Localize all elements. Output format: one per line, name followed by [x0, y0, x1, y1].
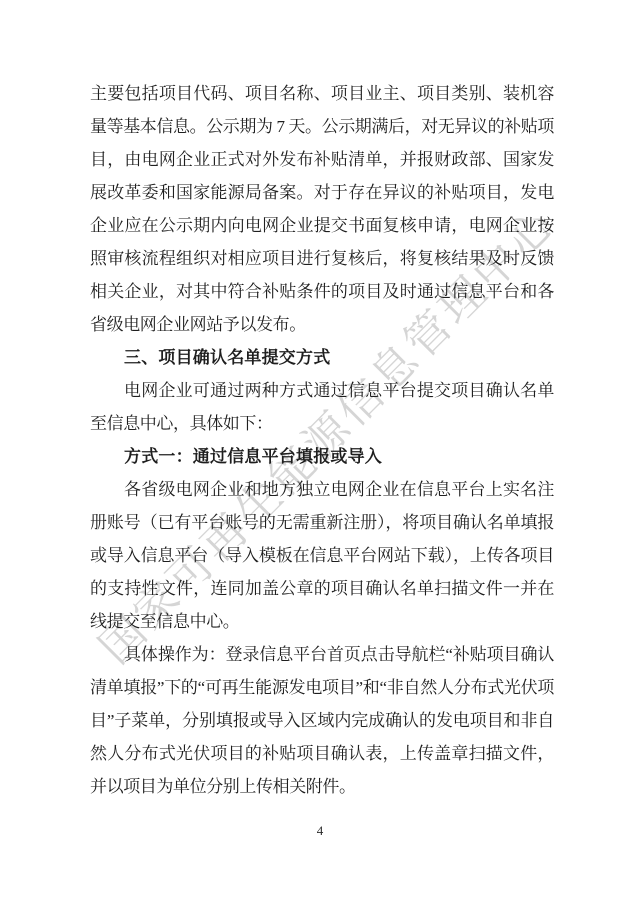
section-heading: 三、项目确认名单提交方式: [90, 341, 554, 374]
document-body: 主要包括项目代码、项目名称、项目业主、项目类别、装机容量等基本信息。公示期为 7…: [90, 77, 554, 803]
page-number: 4: [0, 823, 640, 839]
paragraph-continuation: 主要包括项目代码、项目名称、项目业主、项目类别、装机容量等基本信息。公示期为 7…: [90, 77, 554, 341]
document-page: 国家可再生能源信息管理中心 主要包括项目代码、项目名称、项目业主、项目类别、装机…: [0, 0, 640, 906]
paragraph-intro-methods: 电网企业可通过两种方式通过信息平台提交项目确认名单至信息中心，具体如下：: [90, 374, 554, 440]
paragraph-method-one-detail: 各省级电网企业和地方独立电网企业在信息平台上实名注册账号（已有平台账号的无需重新…: [90, 473, 554, 638]
subsection-heading-method-one: 方式一：通过信息平台填报或导入: [90, 440, 554, 473]
paragraph-operation-steps: 具体操作为：登录信息平台首页点击导航栏“补贴项目确认清单填报”下的“可再生能源发…: [90, 638, 554, 803]
